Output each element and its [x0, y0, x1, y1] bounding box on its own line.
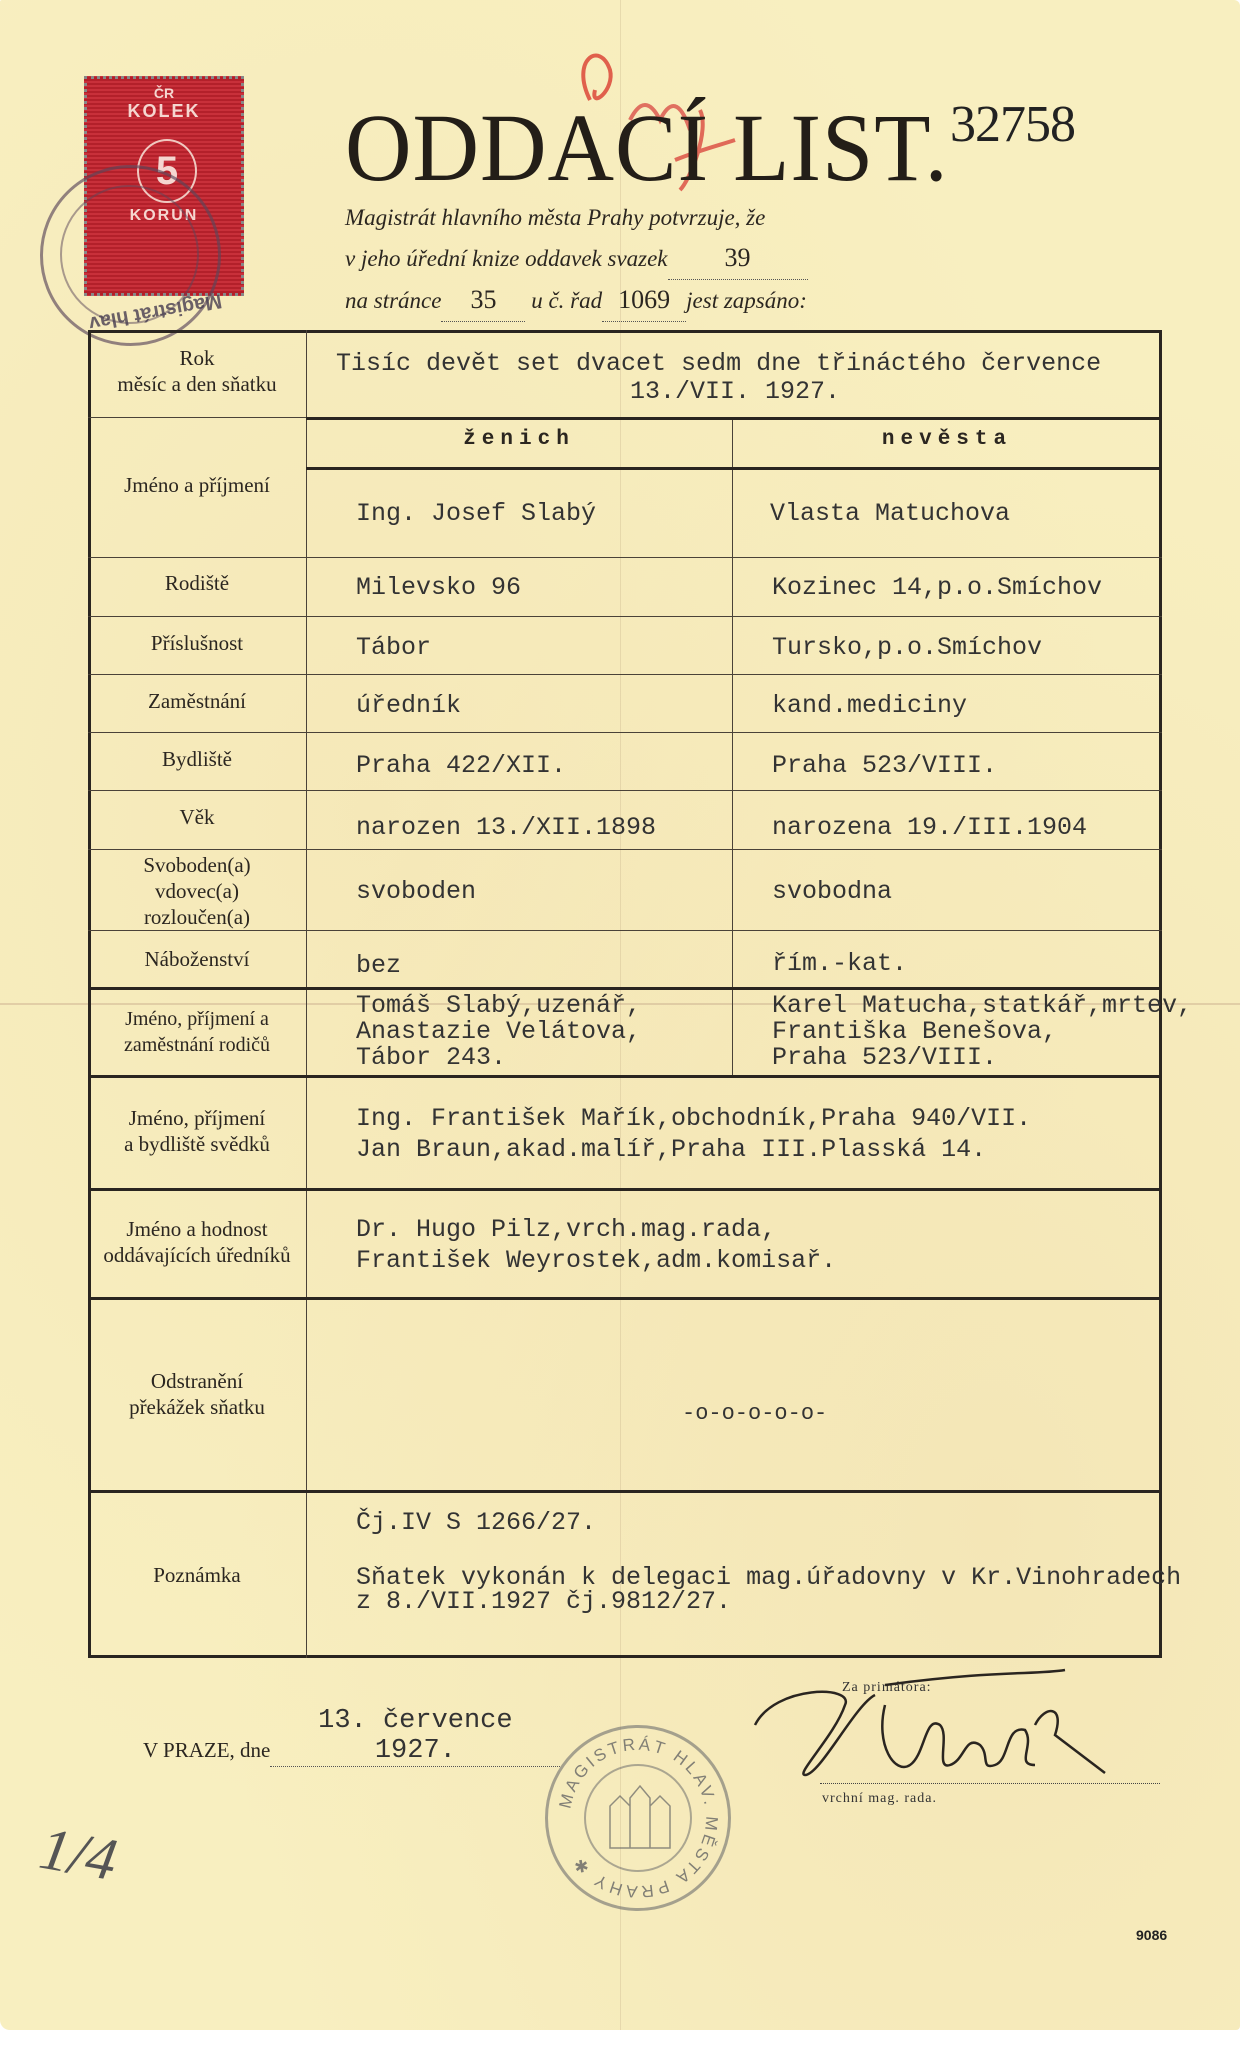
divider-row-5 [88, 790, 1162, 791]
print-number: 9086 [1136, 1927, 1167, 1943]
page-value: 35 [470, 285, 496, 314]
row-label-obstacles: Odstranění překážek sňatku [88, 1368, 306, 1420]
intro-text: Magistrát hlavního města Prahy potvrzuje… [345, 198, 808, 322]
certificate-paper: ČR KOLEK 5 KORUN Magistrát hlav ODDACÍ L… [0, 0, 1240, 2030]
row-label-age: Věk [88, 804, 306, 830]
divider-header [306, 467, 1162, 470]
row-label-domicile: Příslušnost [88, 630, 306, 656]
obstacles-value: -o-o-o-o-o- [682, 1400, 827, 1428]
document-title: ODDACÍ LIST. [345, 100, 949, 196]
bride-column-header: nevěsta [732, 428, 1162, 451]
groom-column-header: ženich [306, 428, 732, 451]
bride-occupation: kand.mediciny [772, 692, 967, 720]
intro-line-1: Magistrát hlavního města Prahy potvrzuje… [345, 198, 808, 238]
row-label-occupation: Zaměstnání [88, 688, 306, 714]
divider-row-3 [88, 674, 1162, 675]
divider-row-4 [88, 732, 1162, 733]
marriage-date-numeric: 13./VII. 1927. [630, 378, 840, 406]
issue-date: 13. července 1927. [318, 1706, 512, 1766]
note-reference: Čj.IV S 1266/27. [356, 1509, 596, 1537]
row-label-marital-status: Svoboden(a) vdovec(a) rozloučen(a) [88, 852, 306, 930]
divider-date [306, 417, 1162, 420]
groom-birthdate: narozen 13./XII.1898 [356, 814, 656, 842]
row-label-parents: Jméno, příjmení a zaměstnání rodičů [88, 1006, 306, 1058]
intro-line-2: v jeho úřední knize oddavek svazek39 [345, 238, 808, 280]
bride-marital-status: svobodna [772, 878, 892, 906]
stamp-country: ČR [87, 85, 241, 101]
row-number-value: 1069 [618, 285, 670, 314]
groom-residence: Praha 422/XII. [356, 752, 566, 780]
row-label-religion: Náboženství [88, 946, 306, 972]
groom-birthplace: Milevsko 96 [356, 574, 521, 602]
serial-number: 32758 [950, 95, 1075, 154]
bride-birthdate: narozena 19./III.1904 [772, 814, 1087, 842]
marriage-date-words: Tisíc devět set dvacet sedm dne třinácté… [336, 350, 1101, 378]
row-label-name: Jméno a příjmení [88, 472, 306, 498]
divider-obstacles [88, 1490, 1162, 1493]
groom-religion: bez [356, 952, 401, 980]
bride-residence: Praha 523/VIII. [772, 752, 997, 780]
divider-witnesses [88, 1188, 1162, 1191]
divider-parents [88, 1075, 1162, 1078]
volume-value: 39 [725, 243, 751, 272]
witnesses-list: Ing. František Mařík,obchodník,Praha 940… [356, 1103, 1031, 1165]
divider-row-2 [88, 616, 1162, 617]
stamp-label: KOLEK [87, 101, 241, 122]
svg-text:MAGISTRÁT HLAV. MĚSTA PRAHY ✱: MAGISTRÁT HLAV. MĚSTA PRAHY ✱ [555, 1735, 721, 1902]
signatory-title: vrchní mag. rada. [822, 1791, 937, 1807]
divider-date-label [88, 417, 306, 418]
bride-parents: Karel Matucha,statkář,mrtev, Františka B… [772, 993, 1192, 1071]
row-label-note: Poznámka [88, 1562, 306, 1588]
handwritten-signature-icon [735, 1665, 1135, 1795]
marriage-date-label: Rok měsíc a den sňatku [88, 345, 306, 397]
groom-domicile: Tábor [356, 634, 431, 662]
bride-domicile: Tursko,p.o.Smíchov [772, 634, 1042, 662]
row-label-residence: Bydliště [88, 746, 306, 772]
bride-religion: řím.-kat. [772, 950, 907, 978]
groom-parents: Tomáš Slabý,uzenář, Anastazie Velátova, … [356, 993, 641, 1071]
signature-line [820, 1783, 1160, 1784]
groom-marital-status: svoboden [356, 878, 476, 906]
divider-officials [88, 1297, 1162, 1300]
city-seal-icon: MAGISTRÁT HLAV. MĚSTA PRAHY ✱ [545, 1725, 731, 1911]
divider-row-7 [88, 930, 1162, 931]
groom-occupation: úředník [356, 692, 461, 720]
note-text: Sňatek vykonán k delegaci mag.úřadovny v… [356, 1566, 1181, 1614]
divider-row-1 [88, 557, 1162, 558]
place-and-date: V PRAZE, dne13. července 1927. [143, 1706, 560, 1767]
groom-bride-divider [732, 417, 733, 1075]
bride-birthplace: Kozinec 14,p.o.Smíchov [772, 574, 1102, 602]
divider-row-8 [88, 987, 1162, 990]
officials-list: Dr. Hugo Pilz,vrch.mag.rada, František W… [356, 1214, 836, 1276]
groom-name: Ing. Josef Slabý [356, 500, 596, 528]
row-label-birthplace: Rodiště [88, 570, 306, 596]
intro-line-3: na stránce35 u č. řad1069jest zapsáno: [345, 280, 808, 322]
divider-row-6 [88, 849, 1162, 850]
row-label-officials: Jméno a hodnost oddávajících úředníků [88, 1216, 306, 1268]
seal-text-ring: MAGISTRÁT HLAV. MĚSTA PRAHY ✱ [548, 1728, 728, 1908]
row-label-witnesses: Jméno, příjmení a bydliště svědků [88, 1105, 306, 1157]
bride-name: Vlasta Matuchova [770, 500, 1010, 528]
pencil-mark: 1/4 [35, 1814, 122, 1895]
label-column-divider [306, 330, 307, 1658]
